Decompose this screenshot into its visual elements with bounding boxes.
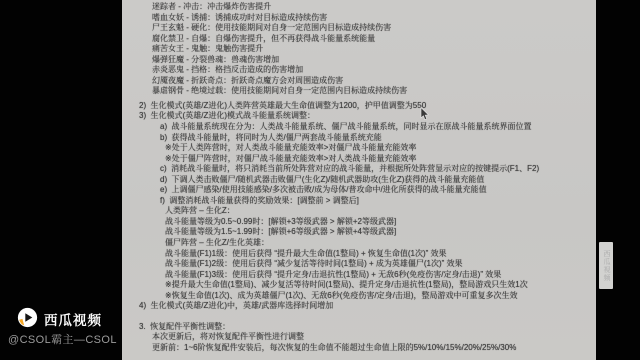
doc-line: 战斗能量等级为1.5~1.99时：[解锁+6等级武器 > 解锁+4等级武器] [139, 227, 590, 238]
brand-label: 西瓜视频 [44, 309, 102, 329]
doc-line: 战斗能量等级为0.5~0.99时：[解锁+3等级武器 > 解锁+2等级武器] [139, 217, 590, 228]
doc-line: 2) 生化模式(英雄/Z进化)人类阵营英雄最大生命值调整为1200，护甲值调整为… [139, 101, 590, 112]
doc-line: 战斗能量(F1)2级：使用后获得 “减少复活等待时间(1整局) + 成为英雄僵尸… [139, 259, 590, 270]
doc-line: 人类阵营 – 生化Z： [139, 206, 590, 217]
doc-line: ※处于僵尸阵营时，对僵尸战斗能量充能效率>对人类战斗能量充能效率 [139, 154, 590, 165]
doc-line: 4) 生化模式(英雄/Z进化)中，英雄/武器库选择时间增加 [139, 301, 590, 312]
doc-line: ※处于人类阵营时，对人类战斗能量充能效率>对僵尸战斗能量充能效率 [139, 143, 590, 154]
doc-line: d) 下调人类击败僵尸/随机武器击败僵尸(生化Z)/随机武器助攻(生化Z)获得的… [139, 175, 590, 186]
side-watermark-tag: 西瓜视频 [599, 242, 613, 289]
document-page: 迷踪者 - 冲击：冲击爆炸伤害提升嗜血女妖 - 诱捕：诱捕成功时对目标造成持续伤… [122, 0, 596, 360]
doc-line: 3. 恢复配件平衡性调整： [139, 322, 590, 333]
doc-line: f) 调整消耗战斗能量获得的奖励效果：[调整前 > 调整后] [139, 196, 590, 207]
doc-line: 3) 生化模式(英雄/Z进化)模式战斗能量系统调整： [139, 111, 590, 122]
doc-line: 尸王玄魁 - 硬化：使用技能期间对自身一定范围内目标造成持续伤害 [139, 23, 590, 34]
doc-line: 嗜血女妖 - 诱捕：诱捕成功时对目标造成持续伤害 [139, 13, 590, 24]
doc-line: 迷踪者 - 冲击：冲击爆炸伤害提升 [139, 2, 590, 13]
doc-line: ※恢复生命值(1次)、成为英雄僵尸(1次)、无敌6秒(免疫伤害/定身/击退)，整… [139, 291, 590, 302]
doc-line: 赤炎恶鬼 - 挡格：格挡反击造成的伤害增加 [139, 65, 590, 76]
doc-line: b) 获得战斗能量时，将同时为人类/僵尸两套战斗能量系统充能 [139, 133, 590, 144]
doc-line: 战斗能量(F1)3级：使用后获得 “提升定身/击退抗性(1整局) + 无敌6秒(… [139, 270, 590, 281]
xigua-video-logo-icon [17, 307, 38, 328]
doc-line: 战斗能量(F1)1级：使用后获得 “提升最大生命值(1整局) + 恢复生命值(1… [139, 249, 590, 260]
doc-line: 本次更新后，将对恢复配件平衡性进行调整 [139, 332, 590, 343]
doc-line: 暴虐钢骨 - 绝境过载：使用技能期间对自身一定范围内目标造成持续伤害 [139, 86, 590, 97]
watermark-block: 西瓜视频 @CSOL霸主—CSOL [0, 300, 122, 360]
doc-line: 爆弹狂魔 - 分裂兽魂：兽魂伤害增加 [139, 55, 590, 66]
doc-line: 腐化禁卫 - 自爆：自爆伤害提升，但不再获得战斗能量系统能量 [139, 34, 590, 45]
doc-line: 痛苦女王 - 鬼触：鬼触伤害提升 [139, 44, 590, 55]
doc-line: 幻魇夜魔 - 折跃奇点：折跃奇点魔方会对周围造成伤害 [139, 76, 590, 87]
mouse-cursor-icon [420, 107, 430, 121]
doc-line: 僵尸阵营 – 生化Z/生化英雄： [139, 238, 590, 249]
video-frame: 迷踪者 - 冲击：冲击爆炸伤害提升嗜血女妖 - 诱捕：诱捕成功时对目标造成持续伤… [0, 0, 640, 360]
doc-line: c) 消耗战斗能量时，将只消耗当前所处阵营对应的战斗能量，并根据所处阵营显示对应… [139, 164, 590, 175]
account-label: @CSOL霸主—CSOL [8, 331, 117, 347]
doc-line: ※提升最大生命值(1整局)、减少复活等待时间(1整局)、提升定身/击退抗性(1整… [139, 280, 590, 291]
side-watermark-label: 西瓜视频 [601, 250, 611, 282]
doc-line: e) 上调僵尸感染/使用技能感染/多次被击败/成为母体/普攻命中/进化所获得的战… [139, 185, 590, 196]
doc-line: a) 战斗能量系统现在分为：人类战斗能量系统、僵尸战斗能量系统，同时显示在原战斗… [139, 122, 590, 133]
doc-line: 更新前：1~6阶恢复配件安装后，每次恢复的生命值不能超过生命值上限的5%/10%… [139, 343, 590, 354]
